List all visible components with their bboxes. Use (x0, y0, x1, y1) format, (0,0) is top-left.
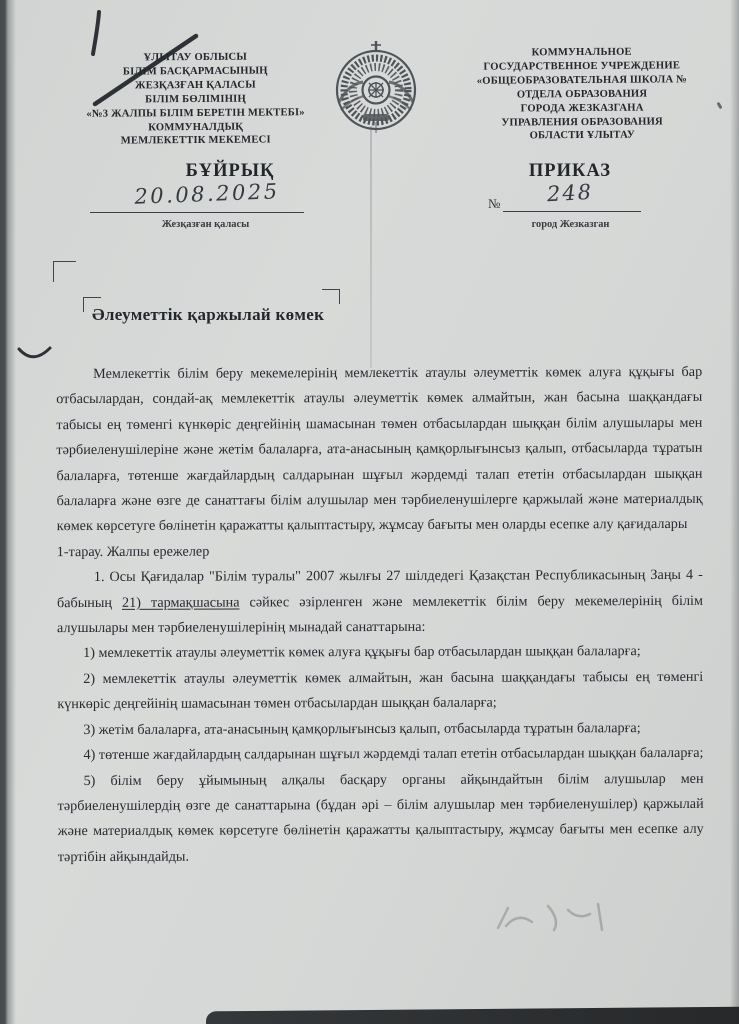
list-item: 3) жетім балаларға, ата-анасының қамқорл… (57, 716, 703, 744)
document-body: Мемлекеттік білім беру мекемелерінің мем… (56, 360, 704, 870)
crop-bracket-upper (53, 261, 76, 282)
scanner-shadow-band (206, 1007, 739, 1024)
place-line-kazakh: Жезқазған қаласы (118, 219, 293, 230)
category-list: 1) мемлекеттік атаулы әлеуметтік көмек а… (57, 639, 704, 870)
paragraph-clause-1: 1. Осы Қағидалар "Білім туралы" 2007 жыл… (57, 563, 703, 641)
pen-curve-mark (16, 346, 54, 366)
kazakhstan-state-emblem-icon (333, 40, 419, 134)
faint-pen-smudge (488, 898, 628, 938)
list-item: 1) мемлекеттік атаулы әлеуметтік көмек а… (57, 639, 703, 667)
chapter-heading: 1-тарау. Жалпы ережелер (57, 538, 703, 566)
scanned-document-page: ҰЛЫТАУ ОБЛЫСЫБІЛІМ БАСҚАРМАСЫНЫҢЖЕЗҚАЗҒА… (0, 0, 739, 1024)
clause-underlined-reference: 21) тармақшасына (122, 594, 240, 610)
org-block-russian: КОММУНАЛЬНОЕГОСУДАРСТВЕННОЕ УЧРЕЖДЕНИЕ«О… (430, 45, 735, 144)
list-item: 5) білім беру ұйымының алқалы басқару ор… (58, 766, 704, 870)
org-block-kazakh: ҰЛЫТАУ ОБЛЫСЫБІЛІМ БАСҚАРМАСЫНЫҢЖЕЗҚАЗҒА… (58, 50, 334, 149)
list-item: 4) төтенше жағдайлардың салдарынан шұғыл… (57, 741, 703, 769)
page-left-edge (0, 0, 16, 1024)
place-line-russian: город Жезказган (498, 219, 643, 230)
org-line-kk: МЕМЛЕКЕТТІК МЕКЕМЕСІ (58, 133, 333, 149)
subject-title: Әлеуметтік қаржылай көмек (92, 305, 324, 325)
org-line-ru: ОБЛАСТИ ҰЛЫТАУ (430, 128, 734, 144)
page-right-edge (730, 0, 739, 1024)
number-sign: № (488, 196, 500, 212)
order-title-russian: ПРИКАЗ (495, 161, 645, 182)
crop-bracket-title-right (322, 289, 340, 304)
org-line-kk: «№3 ЖАЛПЫ БІЛІМ БЕРЕТІН МЕКТЕБІ» (58, 106, 333, 122)
list-item: 2) мемлекеттік атаулы әлеуметтік көмек а… (57, 665, 703, 718)
paper-fold-crease (370, 126, 372, 368)
paragraph-intro: Мемлекеттік білім беру мекемелерінің мем… (56, 360, 703, 540)
